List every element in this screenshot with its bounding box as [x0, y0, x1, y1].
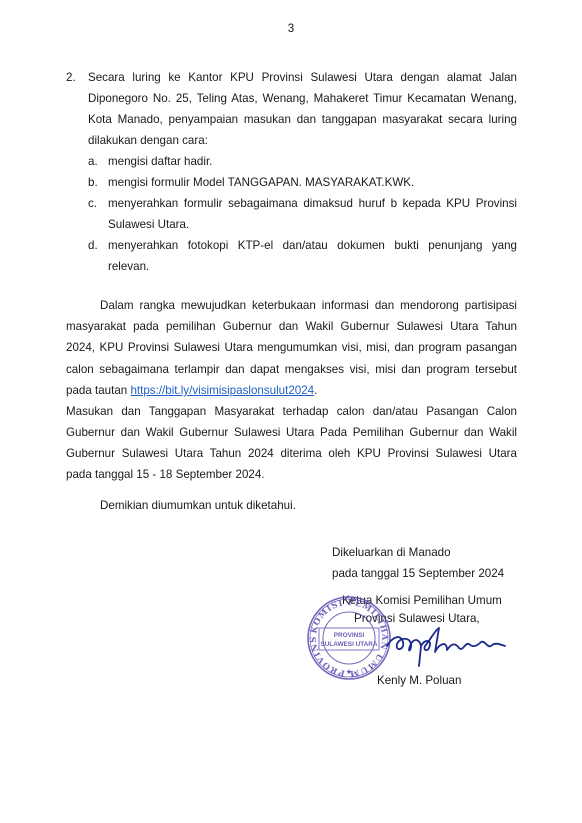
link-suffix: .: [314, 384, 317, 397]
issued-at: Dikeluarkan di Manado: [332, 546, 451, 560]
closing-statement: Demikian diumumkan untuk diketahui.: [100, 499, 296, 513]
page-number: 3: [0, 22, 582, 35]
list-item-line: Diponegoro No. 25, Teling Atas, Wenang, …: [88, 92, 517, 106]
paragraph-line: Gubernur dan Wakil Gubernur Sulawesi Uta…: [66, 426, 517, 440]
sublist-item-c-cont: Sulawesi Utara.: [108, 218, 189, 232]
list-item-line: Kota Manado, penyampaian masukan dan tan…: [88, 113, 517, 127]
list-item-line: dilakukan dengan cara:: [88, 134, 208, 148]
sublist-item-c: menyerahkan formulir sebagaimana dimaksu…: [108, 197, 517, 211]
vision-mission-link[interactable]: https://bit.ly/visimisipaslonsulut2024: [130, 384, 314, 397]
list-item-line: Secara luring ke Kantor KPU Provinsi Sul…: [88, 71, 517, 85]
official-stamp-icon: KOMISI PEMILIHAN UMUM PROVINSI PROVINSI …: [306, 595, 392, 681]
signature-icon: [385, 620, 515, 670]
paragraph-line: Gubernur Sulawesi Utara Tahun 2024 diter…: [66, 447, 517, 461]
sublist-item-d-cont: relevan.: [108, 260, 149, 274]
paragraph-line: pada tautan https://bit.ly/visimisipaslo…: [66, 384, 317, 398]
sublist-marker: a.: [88, 155, 98, 169]
stamp-star: ★: [346, 668, 352, 676]
paragraph-line: 2024, KPU Provinsi Sulawesi Utara mengum…: [66, 341, 517, 355]
sublist-item-d: menyerahkan fotokopi KTP-el dan/atau dok…: [108, 239, 517, 253]
stamp-inner-line2: SULAWESI UTARA: [320, 641, 377, 648]
sublist-marker: b.: [88, 176, 98, 190]
sublist-marker: c.: [88, 197, 97, 211]
paragraph-line: Dalam rangka mewujudkan keterbukaan info…: [100, 299, 517, 313]
sublist-item-b: mengisi formulir Model TANGGAPAN. MASYAR…: [108, 176, 414, 190]
sublist-marker: d.: [88, 239, 98, 253]
stamp-inner-line1: PROVINSI: [334, 632, 365, 639]
paragraph-line: pada tanggal 15 - 18 September 2024.: [66, 468, 265, 482]
paragraph-line: calon sebagaimana terlampir dan dapat me…: [66, 363, 517, 377]
paragraph-line: masyarakat pada pemilihan Gubernur dan W…: [66, 320, 517, 334]
issue-date: pada tanggal 15 September 2024: [332, 567, 504, 581]
link-prefix: pada tautan: [66, 384, 130, 397]
list-marker: 2.: [66, 71, 76, 85]
paragraph-line: Masukan dan Tanggapan Masyarakat terhada…: [66, 405, 517, 419]
sublist-item-a: mengisi daftar hadir.: [108, 155, 212, 169]
